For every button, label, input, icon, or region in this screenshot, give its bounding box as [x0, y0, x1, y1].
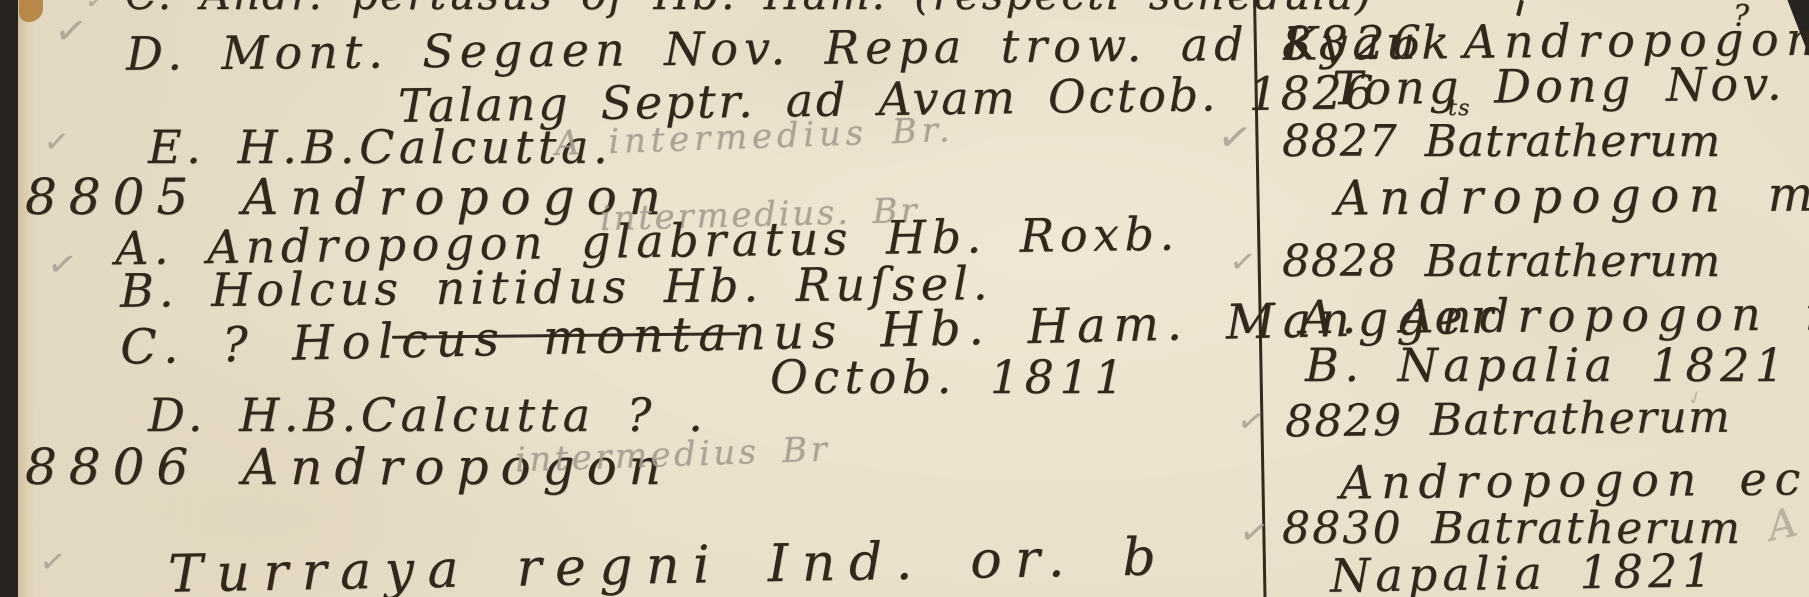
- pencil-checkmark: ✓: [1237, 513, 1272, 552]
- entry-8829-line: 8829 Batratherum: [1285, 396, 1732, 445]
- manuscript-line-tong-dong: Tong Dong Nov. 1826: [1332, 59, 1809, 111]
- entry-8826-question-mark: ?: [1733, 2, 1751, 32]
- scan-edge-left-dark: [0, 0, 20, 597]
- pencil-letter-a: A: [1764, 502, 1801, 547]
- pencil-checkmark: ✓: [1215, 115, 1255, 160]
- manuscript-line-top-cut: C. Andr. pertusus of Hb. Ham. (respecti …: [125, 0, 1373, 16]
- entry-8828-line: 8828 Batratherum: [1282, 240, 1721, 284]
- entry-8827-insertion-mark: ts: [1448, 98, 1471, 120]
- manuscript-line-andropogon-echin: Andropogon echin: [1340, 455, 1809, 506]
- manuscript-line-b-napalia-1821: B. Napalia 1821: [1305, 342, 1790, 388]
- pencil-checkmark: ✓: [38, 546, 67, 579]
- pencil-checkmark: ✓: [43, 127, 71, 159]
- pencil-annotation-intermedius-3: intermedius Br: [515, 433, 831, 478]
- scanned-manuscript-page: { "page": { "kind": "Handwritten botanic…: [0, 0, 1809, 597]
- manuscript-line-andropogon-minu: Andropogon minu: [1335, 169, 1809, 222]
- pencil-checkmark: ✓: [45, 246, 79, 284]
- manuscript-line-e-calcutta: E. H.B.Calcutta.: [148, 124, 612, 170]
- manuscript-line-napalia-1821: Napalia 1821: [1330, 547, 1717, 597]
- paper-edge-strip: [18, 0, 36, 597]
- paper-corner-chip: [19, 0, 43, 22]
- manuscript-line-bottom-cut: Turraya regni Ind. or. b: [168, 531, 1170, 597]
- pencil-checkmark: ✓: [1228, 246, 1257, 279]
- manuscript-line-a-andropogon-mur: A. Andropogon mur: [1300, 290, 1809, 340]
- pencil-checkmark: ✓: [53, 10, 90, 52]
- manuscript-line-octob-1811: Octob. 1811: [770, 354, 1129, 400]
- entry-8827-line: 8827 Batratherum: [1282, 120, 1721, 164]
- manuscript-line-d-calcutta: D. H.B.Calcutta ? .: [148, 392, 707, 438]
